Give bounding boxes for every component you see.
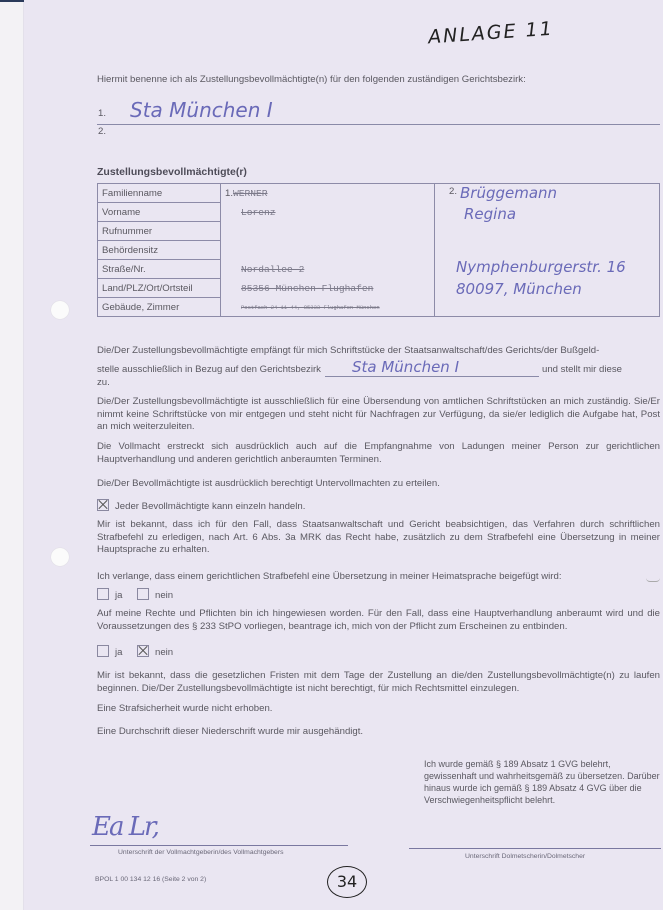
principal-signature-line[interactable]	[90, 845, 348, 846]
rep1-familienname[interactable]: 1.WERNER	[221, 184, 435, 203]
rep2-strasse: Nymphenburgerstr. 16	[456, 258, 626, 276]
label-gebaeude: Gebäude, Zimmer	[98, 298, 221, 317]
paragraph-11: Eine Durchschrift dieser Niederschrift w…	[97, 726, 660, 739]
exemption-ja-option[interactable]: ja	[97, 645, 122, 658]
translator-notice: Ich wurde gemäß § 189 Absatz 1 GVG beleh…	[424, 758, 663, 806]
label-strasse: Straße/Nr.	[98, 260, 221, 279]
rep1-behoerdensitz[interactable]	[221, 241, 435, 260]
individual-action-option[interactable]: Jeder Bevollmächtigte kann einzeln hande…	[97, 499, 305, 512]
rep2-ort: 80097, München	[456, 280, 582, 298]
label-ort: Land/PLZ/Ort/Ortsteil	[98, 279, 221, 298]
paragraph-9: Mir ist bekannt, dass die gesetzlichen F…	[97, 670, 660, 695]
court-line-1-value[interactable]: Sta München I	[130, 98, 273, 122]
label-vorname: Vorname	[98, 203, 221, 222]
exemption-nein-option[interactable]: nein	[137, 645, 173, 658]
rep2-vorname: Regina	[464, 205, 516, 223]
representatives-title: Zustellungsbevollmächtigte(r)	[97, 166, 247, 178]
intro-text: Hiermit benenne ich als Zustellungsbevol…	[97, 74, 526, 87]
paragraph-8: Auf meine Rechte und Pflichten bin ich h…	[97, 608, 660, 633]
paragraph-3: Die Vollmacht erstreckt sich ausdrücklic…	[97, 441, 660, 466]
rep1-strasse[interactable]: Nordallee 2	[221, 260, 435, 279]
scan-edge-mark	[0, 0, 24, 2]
individual-action-checkbox[interactable]	[97, 499, 109, 511]
form-id: BPOL 1 00 134 12 16 (Seite 2 von 2)	[95, 876, 206, 883]
paragraph-4: Die/Der Bevollmächtigte ist ausdrücklich…	[97, 478, 660, 491]
label-familienname: Familienname	[98, 184, 221, 203]
translation-nein-checkbox[interactable]	[137, 588, 149, 600]
label-rufnummer: Rufnummer	[98, 222, 221, 241]
rep2-index: 2.	[449, 186, 457, 197]
rep1-gebaeude[interactable]: Postfach 24 11 44, 85333 Flughafen-Münch…	[221, 298, 435, 317]
page-number-annotation: 34	[327, 866, 367, 898]
label-behoerdensitz: Behördensitz	[98, 241, 221, 260]
translation-ja-option[interactable]: ja	[97, 588, 122, 601]
scan-edge	[0, 0, 24, 910]
paragraph-7: Ich verlange, dass einem gerichtlichen S…	[97, 571, 660, 584]
individual-action-label: Jeder Bevollmächtigte kann einzeln hande…	[115, 501, 305, 512]
rep1-ort[interactable]: 85356 München-Flughafen	[221, 279, 435, 298]
p1-line2: stelle ausschließlich in Bezug auf den G…	[97, 364, 321, 377]
scan-mark	[646, 575, 660, 582]
district-line	[325, 376, 539, 377]
p1-line3: zu.	[97, 377, 110, 390]
exemption-ja-checkbox[interactable]	[97, 645, 109, 657]
annex-annotation: ANLAGE 11	[427, 18, 554, 49]
principal-signature-caption: Unterschrift der Vollmachtgeberin/des Vo…	[118, 849, 283, 856]
paragraph-6: Mir ist bekannt, dass ich für den Fall, …	[97, 519, 660, 557]
rep1-vorname[interactable]: Lorenz	[221, 203, 435, 222]
paragraph-10: Eine Strafsicherheit wurde nicht erhoben…	[97, 703, 660, 716]
court-line-2-number: 2.	[98, 126, 106, 137]
rep1-rufnummer[interactable]	[221, 222, 435, 241]
court-line-1	[97, 124, 660, 125]
p1-line1: Die/Der Zustellungsbevollmächtigte empfä…	[97, 345, 599, 358]
rep2-familienname: Brüggemann	[460, 184, 557, 202]
principal-signature: Ea Lr,	[92, 812, 158, 842]
district-value[interactable]: Sta München I	[352, 358, 459, 376]
translation-ja-checkbox[interactable]	[97, 588, 109, 600]
punch-hole	[51, 301, 69, 319]
exemption-nein-checkbox[interactable]	[137, 645, 149, 657]
interpreter-signature-caption: Unterschrift Dolmetscherin/Dolmetscher	[465, 853, 585, 860]
translation-nein-option[interactable]: nein	[137, 588, 173, 601]
paragraph-2: Die/Der Zustellungsbevollmächtigte ist a…	[97, 396, 660, 434]
p1-line2-end: und stellt mir diese	[542, 364, 622, 377]
punch-hole	[51, 548, 69, 566]
interpreter-signature-line[interactable]	[409, 848, 661, 849]
court-line-1-number: 1.	[98, 108, 106, 119]
